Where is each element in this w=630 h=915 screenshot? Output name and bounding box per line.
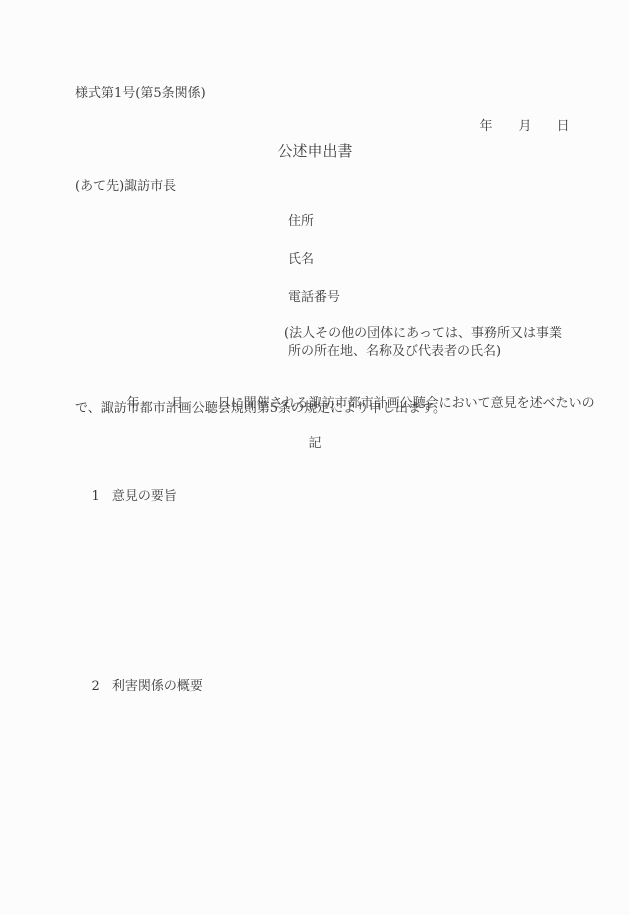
- phone-fill-area[interactable]: [355, 286, 560, 306]
- form-document-page: 様式第1号(第5条関係) 年月日 公述申出書 (あて先)諏訪市長 住所 氏名 電…: [0, 0, 630, 915]
- name-fill-area[interactable]: [330, 248, 560, 268]
- addressee: (あて先)諏訪市長: [75, 179, 176, 194]
- record-marker: 記: [0, 436, 630, 451]
- field-label-phone: 電話番号: [288, 290, 340, 305]
- form-number: 様式第1号(第5条関係): [75, 86, 206, 101]
- body-line2: で、諏訪市都市計画公聴会規則第5条の規定により申し出ます。: [75, 401, 446, 416]
- date-day-blank[interactable]: [532, 129, 557, 130]
- date-month-label: 月: [519, 119, 532, 134]
- corporate-note-line2: 所の所在地、名称及び代表者の氏名): [288, 344, 501, 359]
- opinion-writing-area[interactable]: [75, 496, 565, 656]
- date-year-label: 年: [480, 119, 493, 134]
- field-label-name: 氏名: [288, 252, 314, 267]
- field-label-address: 住所: [288, 214, 314, 229]
- corporate-note-line1: (法人その他の団体にあっては、事務所又は事業: [284, 326, 562, 341]
- interest-writing-area[interactable]: [75, 686, 565, 901]
- document-title: 公述申出書: [0, 143, 630, 160]
- date-day-label: 日: [557, 119, 570, 134]
- address-fill-area[interactable]: [330, 210, 560, 230]
- date-month-blank[interactable]: [493, 129, 519, 130]
